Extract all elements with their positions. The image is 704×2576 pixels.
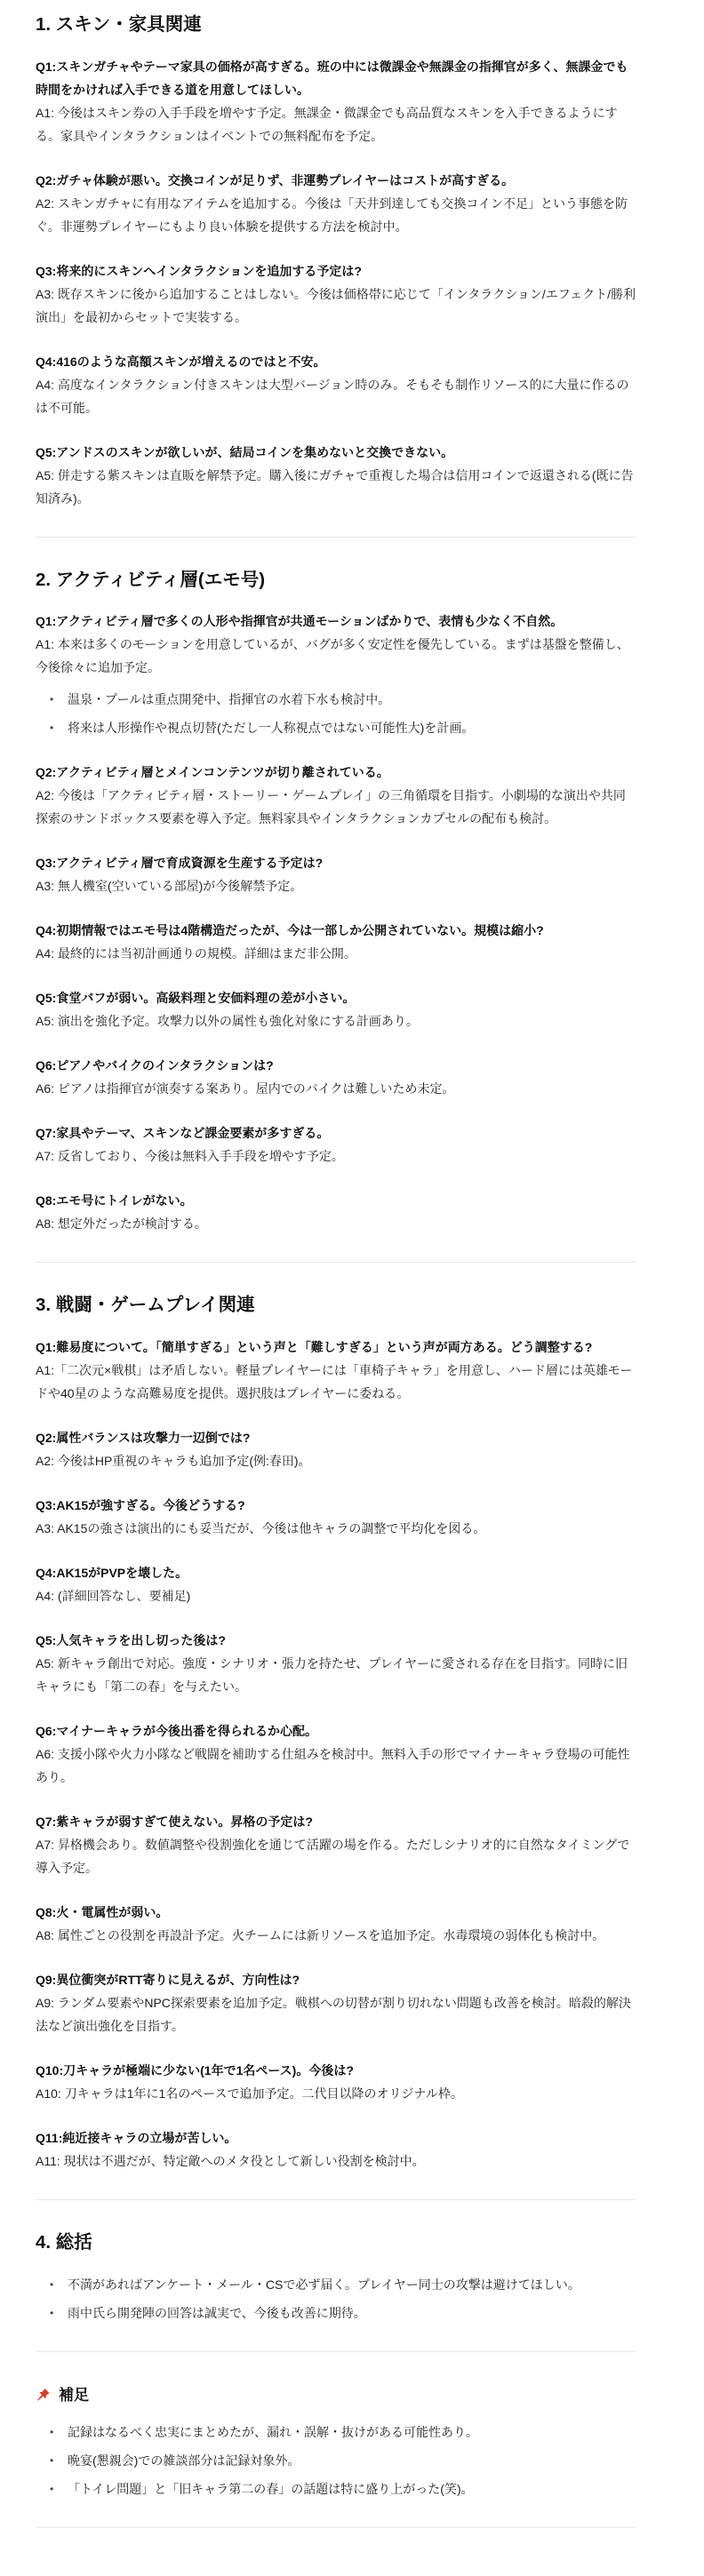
list-item: • 記録はなるべく忠実にまとめたが、漏れ・誤解・抜けがある可能性あり。 bbox=[36, 2420, 636, 2444]
answer-text: A3: AK15の強さは演出的にも妥当だが、今後は他キャラの調整で平均化を図る。 bbox=[36, 1517, 636, 1540]
section-heading: 1. スキン・家具関連 bbox=[36, 12, 636, 37]
answer-text: A3: 既存スキンに後から追加することはしない。今後は価格帯に応じて「インタラク… bbox=[36, 283, 636, 329]
answer-text: A8: 想定外だったが検討する。 bbox=[36, 1212, 636, 1235]
supplement-heading-row: 補足 bbox=[36, 2382, 636, 2405]
bullet-text: 晩宴(懇親会)での雑談部分は記録対象外。 bbox=[68, 2449, 636, 2472]
question-text: Q7:紫キャラが弱すぎて使えない。昇格の予定は? bbox=[36, 1810, 636, 1833]
bullet-text: 雨中氏ら開発陣の回答は誠実で、今後も改善に期待。 bbox=[68, 2301, 636, 2325]
answer-text: A11: 現状は不遇だが、特定敵へのメタ役として新しい役割を検討中。 bbox=[36, 2149, 636, 2173]
qa-block: Q1:アクティビティ層で多くの人形や指揮官が共通モーションばかりで、表情も少なく… bbox=[36, 610, 636, 679]
answer-text: A3: 無人機室(空いている部屋)が今後解禁予定。 bbox=[36, 874, 636, 897]
answer-text: A7: 反省しており、今後は無料入手手段を増やす予定。 bbox=[36, 1144, 636, 1168]
answer-text: A6: ピアノは指揮官が演奏する案あり。屋内でのバイクは難しいため未定。 bbox=[36, 1077, 636, 1100]
question-text: Q10:刀キャラが極端に少ない(1年で1名ペース)。今後は? bbox=[36, 2059, 636, 2082]
section-divider bbox=[36, 537, 636, 538]
question-text: Q3:AK15が強すぎる。今後どうする? bbox=[36, 1494, 636, 1517]
qa-block: Q5:食堂バフが弱い。高級料理と安価料理の差が小さい。A5: 演出を強化予定。攻… bbox=[36, 986, 636, 1033]
question-text: Q3:将来的にスキンへインタラクションを追加する予定は? bbox=[36, 259, 636, 283]
question-text: Q6:マイナーキャラが今後出番を得られるか心配。 bbox=[36, 1719, 636, 1743]
qa-block: Q10:刀キャラが極端に少ない(1年で1名ペース)。今後は?A10: 刀キャラは… bbox=[36, 2059, 636, 2105]
qa-block: Q3:アクティビティ層で育成資源を生産する予定は?A3: 無人機室(空いている部… bbox=[36, 851, 636, 897]
qa-block: Q7:紫キャラが弱すぎて使えない。昇格の予定は?A7: 昇格機会あり。数値調整や… bbox=[36, 1810, 636, 1879]
bullet-icon: • bbox=[36, 716, 68, 739]
pushpin-icon bbox=[36, 2387, 51, 2402]
qa-block: Q2:アクティビティ層とメインコンテンツが切り離されている。A2: 今後は「アク… bbox=[36, 761, 636, 830]
answer-text: A10: 刀キャラは1年に1名のペースで追加予定。二代目以降のオリジナル枠。 bbox=[36, 2082, 636, 2105]
question-text: Q3:アクティビティ層で育成資源を生産する予定は? bbox=[36, 851, 636, 874]
question-text: Q4:416のような高額スキンが増えるのではと不安。 bbox=[36, 350, 636, 373]
question-text: Q2:ガチャ体験が悪い。交換コインが足りず、非運勢プレイヤーはコストが高すぎる。 bbox=[36, 169, 636, 192]
list-item: •温泉・プールは重点開発中、指揮官の水着下水も検討中。 bbox=[36, 688, 636, 711]
bullet-text: 記録はなるべく忠実にまとめたが、漏れ・誤解・抜けがある可能性あり。 bbox=[68, 2420, 636, 2444]
question-text: Q7:家具やテーマ、スキンなど課金要素が多すぎる。 bbox=[36, 1121, 636, 1144]
list-item: • 晩宴(懇親会)での雑談部分は記録対象外。 bbox=[36, 2449, 636, 2472]
answer-text: A9: ランダム要素やNPC探索要素を追加予定。戦棋への切替が割り切れない問題も… bbox=[36, 1991, 636, 2038]
section-heading: 4. 総括 bbox=[36, 2230, 636, 2255]
supplement-bullet-list: • 記録はなるべく忠実にまとめたが、漏れ・誤解・抜けがある可能性あり。 • 晩宴… bbox=[36, 2420, 636, 2500]
qa-block: Q1:スキンガチャやテーマ家具の価格が高すぎる。班の中には微課金や無課金の指揮官… bbox=[36, 55, 636, 148]
question-text: Q11:純近接キャラの立場が苦しい。 bbox=[36, 2126, 636, 2149]
qa-block: Q3:将来的にスキンへインタラクションを追加する予定は?A3: 既存スキンに後か… bbox=[36, 259, 636, 329]
answer-text: A5: 演出を強化予定。攻撃力以外の属性も強化対象にする計画あり。 bbox=[36, 1009, 636, 1033]
section-heading: 2. アクティビティ層(エモ号) bbox=[36, 568, 636, 593]
qa-document: 1. スキン・家具関連Q1:スキンガチャやテーマ家具の価格が高すぎる。班の中には… bbox=[0, 0, 704, 2576]
qa-block: Q6:ピアノやバイクのインタラクションは?A6: ピアノは指揮官が演奏する案あり… bbox=[36, 1054, 636, 1100]
supplement-section: 補足 • 記録はなるべく忠実にまとめたが、漏れ・誤解・抜けがある可能性あり。 •… bbox=[36, 2382, 636, 2500]
question-text: Q4:初期情報ではエモ号は4階構造だったが、今は一部しか公開されていない。規模は… bbox=[36, 919, 636, 942]
bullet-list: •温泉・プールは重点開発中、指揮官の水着下水も検討中。•将来は人形操作や視点切替… bbox=[36, 688, 636, 739]
qa-block: Q3:AK15が強すぎる。今後どうする?A3: AK15の強さは演出的にも妥当だ… bbox=[36, 1494, 636, 1540]
qa-block: Q8:エモ号にトイレがない。A8: 想定外だったが検討する。 bbox=[36, 1189, 636, 1235]
answer-text: A4: 高度なインタラクション付きスキンは大型バージョン時のみ。そもそも制作リソ… bbox=[36, 373, 636, 419]
answer-text: A7: 昇格機会あり。数値調整や役割強化を通じて活躍の場を作る。ただしシナリオ的… bbox=[36, 1833, 636, 1879]
question-text: Q8:エモ号にトイレがない。 bbox=[36, 1189, 636, 1212]
bullet-list: •不満があればアンケート・メール・CSで必ず届く。プレイヤー同士の攻撃は避けてほ… bbox=[36, 2273, 636, 2325]
question-text: Q1:難易度について。「簡単すぎる」という声と「難しすぎる」という声が両方ある。… bbox=[36, 1336, 636, 1359]
bullet-text: 不満があればアンケート・メール・CSで必ず届く。プレイヤー同士の攻撃は避けてほし… bbox=[68, 2273, 636, 2296]
answer-text: A4: 最終的には当初計画通りの規模。詳細はまだ非公開。 bbox=[36, 942, 636, 965]
answer-text: A8: 属性ごとの役割を再設計予定。火チームには新リソースを追加予定。水毒環境の… bbox=[36, 1924, 636, 1947]
question-text: Q2:属性バランスは攻撃力一辺倒では? bbox=[36, 1426, 636, 1449]
section-heading: 3. 戦闘・ゲームプレイ関連 bbox=[36, 1293, 636, 1318]
qa-sections: 1. スキン・家具関連Q1:スキンガチャやテーマ家具の価格が高すぎる。班の中には… bbox=[36, 12, 636, 2352]
answer-text: A6: 支援小隊や火力小隊など戦闘を補助する仕組みを検討中。無料入手の形でマイナ… bbox=[36, 1743, 636, 1789]
bullet-icon: • bbox=[36, 2420, 68, 2444]
qa-block: Q2:ガチャ体験が悪い。交換コインが足りず、非運勢プレイヤーはコストが高すぎる。… bbox=[36, 169, 636, 238]
answer-text: A1:「二次元×戦棋」は矛盾しない。軽量プレイヤーには「車椅子キャラ」を用意し、… bbox=[36, 1359, 636, 1405]
answer-text: A1: 本来は多くのモーションを用意しているが、バグが多く安定性を優先している。… bbox=[36, 633, 636, 679]
list-item: • 「トイレ問題」と「旧キャラ第二の春」の話題は特に盛り上がった(笑)。 bbox=[36, 2477, 636, 2500]
answer-text: A4: (詳細回答なし、要補足) bbox=[36, 1584, 636, 1607]
list-item: •雨中氏ら開発陣の回答は誠実で、今後も改善に期待。 bbox=[36, 2301, 636, 2325]
question-text: Q9:異位衝突がRTT寄りに見えるが、方向性は? bbox=[36, 1968, 636, 1991]
bullet-icon: • bbox=[36, 688, 68, 711]
answer-text: A2: 今後はHP重視のキャラも追加予定(例:春田)。 bbox=[36, 1449, 636, 1472]
qa-block: Q4:416のような高額スキンが増えるのではと不安。A4: 高度なインタラクショ… bbox=[36, 350, 636, 419]
question-text: Q4:AK15がPVPを壊した。 bbox=[36, 1561, 636, 1584]
section-divider bbox=[36, 1262, 636, 1263]
list-item: •将来は人形操作や視点切替(ただし一人称視点ではない可能性大)を計画。 bbox=[36, 716, 636, 739]
supplement-title: 補足 bbox=[59, 2382, 89, 2405]
section-divider bbox=[36, 2351, 636, 2352]
answer-text: A5: 併走する紫スキンは直販を解禁予定。購入後にガチャで重複した場合は信用コイ… bbox=[36, 464, 636, 510]
answer-text: A5: 新キャラ創出で対応。強度・シナリオ・張力を持たせ、プレイヤーに愛される存… bbox=[36, 1652, 636, 1698]
qa-block: Q5:アンドスのスキンが欲しいが、結局コインを集めないと交換できない。A5: 併… bbox=[36, 441, 636, 510]
qa-block: Q6:マイナーキャラが今後出番を得られるか心配。A6: 支援小隊や火力小隊など戦… bbox=[36, 1719, 636, 1789]
qa-block: Q8:火・電属性が弱い。A8: 属性ごとの役割を再設計予定。火チームには新リソー… bbox=[36, 1901, 636, 1947]
question-text: Q2:アクティビティ層とメインコンテンツが切り離されている。 bbox=[36, 761, 636, 784]
section-divider bbox=[36, 2199, 636, 2200]
bullet-icon: • bbox=[36, 2449, 68, 2472]
bullet-icon: • bbox=[36, 2477, 68, 2500]
qa-block: Q11:純近接キャラの立場が苦しい。A11: 現状は不遇だが、特定敵へのメタ役と… bbox=[36, 2126, 636, 2173]
answer-text: A2: 今後は「アクティビティ層・ストーリー・ゲームプレイ」の三角循環を目指す。… bbox=[36, 784, 636, 830]
section: 1. スキン・家具関連Q1:スキンガチャやテーマ家具の価格が高すぎる。班の中には… bbox=[36, 12, 636, 510]
bullet-icon: • bbox=[36, 2273, 68, 2296]
qa-block: Q5:人気キャラを出し切った後は?A5: 新キャラ創出で対応。強度・シナリオ・張… bbox=[36, 1629, 636, 1698]
bullet-icon: • bbox=[36, 2301, 68, 2325]
section: 2. アクティビティ層(エモ号)Q1:アクティビティ層で多くの人形や指揮官が共通… bbox=[36, 568, 636, 1236]
answer-text: A1: 今後はスキン券の入手手段を増やす予定。無課金・微課金でも高品質なスキンを… bbox=[36, 101, 636, 148]
qa-block: Q4:AK15がPVPを壊した。A4: (詳細回答なし、要補足) bbox=[36, 1561, 636, 1607]
bottom-divider bbox=[36, 2527, 636, 2528]
question-text: Q8:火・電属性が弱い。 bbox=[36, 1901, 636, 1924]
question-text: Q1:スキンガチャやテーマ家具の価格が高すぎる。班の中には微課金や無課金の指揮官… bbox=[36, 55, 636, 101]
question-text: Q5:人気キャラを出し切った後は? bbox=[36, 1629, 636, 1652]
question-text: Q5:食堂バフが弱い。高級料理と安価料理の差が小さい。 bbox=[36, 986, 636, 1009]
section: 4. 総括•不満があればアンケート・メール・CSで必ず届く。プレイヤー同士の攻撃… bbox=[36, 2230, 636, 2325]
section: 3. 戦闘・ゲームプレイ関連Q1:難易度について。「簡単すぎる」という声と「難し… bbox=[36, 1293, 636, 2173]
question-text: Q5:アンドスのスキンが欲しいが、結局コインを集めないと交換できない。 bbox=[36, 441, 636, 464]
qa-block: Q4:初期情報ではエモ号は4階構造だったが、今は一部しか公開されていない。規模は… bbox=[36, 919, 636, 965]
question-text: Q1:アクティビティ層で多くの人形や指揮官が共通モーションばかりで、表情も少なく… bbox=[36, 610, 636, 633]
question-text: Q6:ピアノやバイクのインタラクションは? bbox=[36, 1054, 636, 1077]
qa-block: Q7:家具やテーマ、スキンなど課金要素が多すぎる。A7: 反省しており、今後は無… bbox=[36, 1121, 636, 1168]
qa-block: Q1:難易度について。「簡単すぎる」という声と「難しすぎる」という声が両方ある。… bbox=[36, 1336, 636, 1405]
qa-block: Q9:異位衝突がRTT寄りに見えるが、方向性は?A9: ランダム要素やNPC探索… bbox=[36, 1968, 636, 2038]
answer-text: A2: スキンガチャに有用なアイテムを追加する。今後は「天井到達しても交換コイン… bbox=[36, 192, 636, 238]
qa-block: Q2:属性バランスは攻撃力一辺倒では?A2: 今後はHP重視のキャラも追加予定(… bbox=[36, 1426, 636, 1472]
bullet-text: 「トイレ問題」と「旧キャラ第二の春」の話題は特に盛り上がった(笑)。 bbox=[68, 2477, 636, 2500]
list-item: •不満があればアンケート・メール・CSで必ず届く。プレイヤー同士の攻撃は避けてほ… bbox=[36, 2273, 636, 2296]
bullet-text: 将来は人形操作や視点切替(ただし一人称視点ではない可能性大)を計画。 bbox=[68, 716, 636, 739]
bullet-text: 温泉・プールは重点開発中、指揮官の水着下水も検討中。 bbox=[68, 688, 636, 711]
